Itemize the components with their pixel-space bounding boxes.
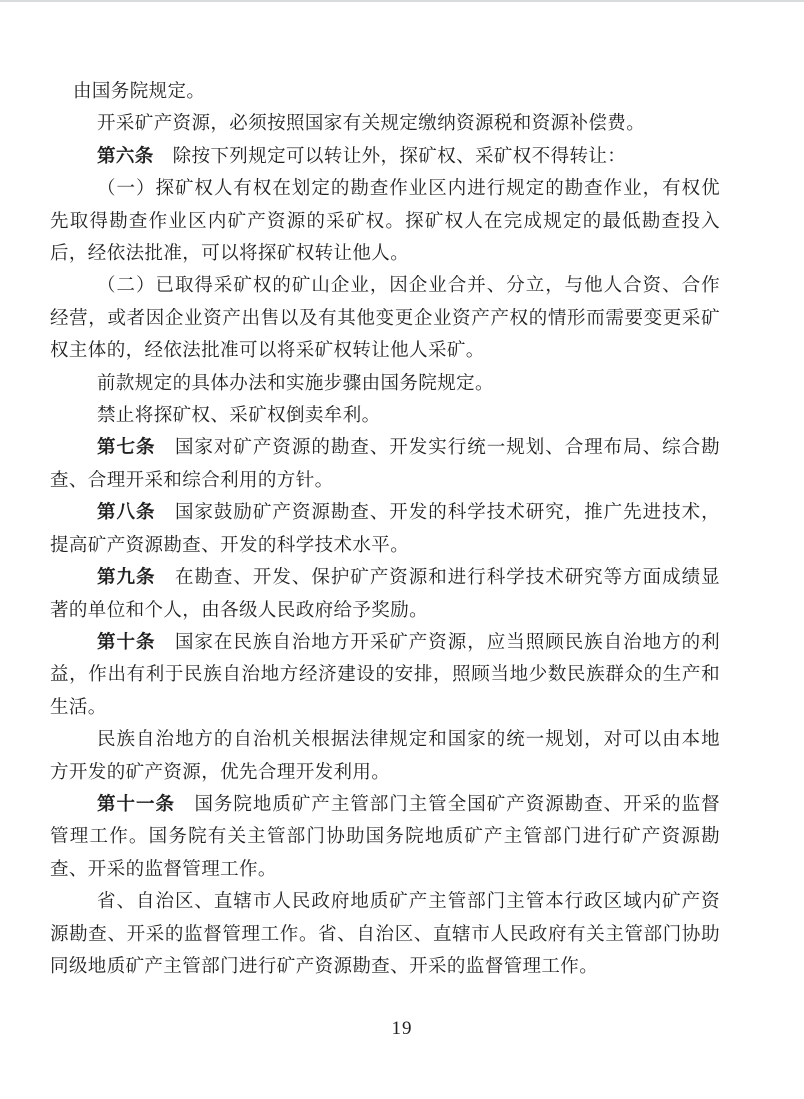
document-text-block: 由国务院规定。 开采矿产资源，必须按照国家有关规定缴纳资源税和资源补偿费。 第六… bbox=[0, 0, 804, 983]
document-page: 由国务院规定。 开采矿产资源，必须按照国家有关规定缴纳资源税和资源补偿费。 第六… bbox=[0, 0, 804, 1099]
article-number: 第六条 bbox=[97, 147, 154, 167]
scan-edge-artifact bbox=[0, 0, 804, 2]
article-6-item-1-paragraph: （一）探矿权人有权在划定的勘查作业区内进行规定的勘查作业，有权优先取得勘查作业区… bbox=[50, 173, 720, 270]
article-number: 第十一条 bbox=[97, 795, 175, 815]
paragraph: 民族自治地方的自治机关根据法律规定和国家的统一规划，对可以由本地方开发的矿产资源… bbox=[50, 724, 720, 789]
article-number: 第八条 bbox=[97, 503, 155, 523]
article-number: 第九条 bbox=[97, 568, 155, 588]
paragraph: 省、自治区、直辖市人民政府地质矿产主管部门主管本行政区域内矿产资源勘查、开采的监… bbox=[50, 886, 720, 983]
article-7-paragraph: 第七条 国家对矿产资源的勘查、开发实行统一规划、合理布局、综合勘查、合理开采和综… bbox=[50, 432, 720, 497]
article-text: 除按下列规定可以转让外，探矿权、采矿权不得转让： bbox=[154, 147, 627, 167]
paragraph: 开采矿产资源，必须按照国家有关规定缴纳资源税和资源补偿费。 bbox=[50, 108, 720, 140]
article-11-paragraph: 第十一条 国务院地质矿产主管部门主管全国矿产资源勘查、开采的监督管理工作。国务院… bbox=[50, 789, 720, 886]
paragraph: 前款规定的具体办法和实施步骤由国务院规定。 bbox=[50, 368, 720, 400]
article-9-paragraph: 第九条 在勘查、开发、保护矿产资源和进行科学技术研究等方面成绩显著的单位和个人，… bbox=[50, 562, 720, 627]
article-number: 第十条 bbox=[97, 633, 155, 653]
article-8-paragraph: 第八条 国家鼓励矿产资源勘查、开发的科学技术研究，推广先进技术，提高矿产资源勘查… bbox=[50, 497, 720, 562]
article-10-paragraph: 第十条 国家在民族自治地方开采矿产资源，应当照顾民族自治地方的利益，作出有利于民… bbox=[50, 627, 720, 724]
article-6-paragraph: 第六条 除按下列规定可以转让外，探矿权、采矿权不得转让： bbox=[50, 141, 720, 173]
paragraph: 禁止将探矿权、采矿权倒卖牟利。 bbox=[50, 400, 720, 432]
paragraph-continuation: 由国务院规定。 bbox=[50, 76, 720, 108]
page-number: 19 bbox=[0, 1018, 804, 1040]
article-number: 第七条 bbox=[97, 438, 155, 458]
article-6-item-2-paragraph: （二）已取得采矿权的矿山企业，因企业合并、分立，与他人合资、合作经营，或者因企业… bbox=[50, 270, 720, 367]
